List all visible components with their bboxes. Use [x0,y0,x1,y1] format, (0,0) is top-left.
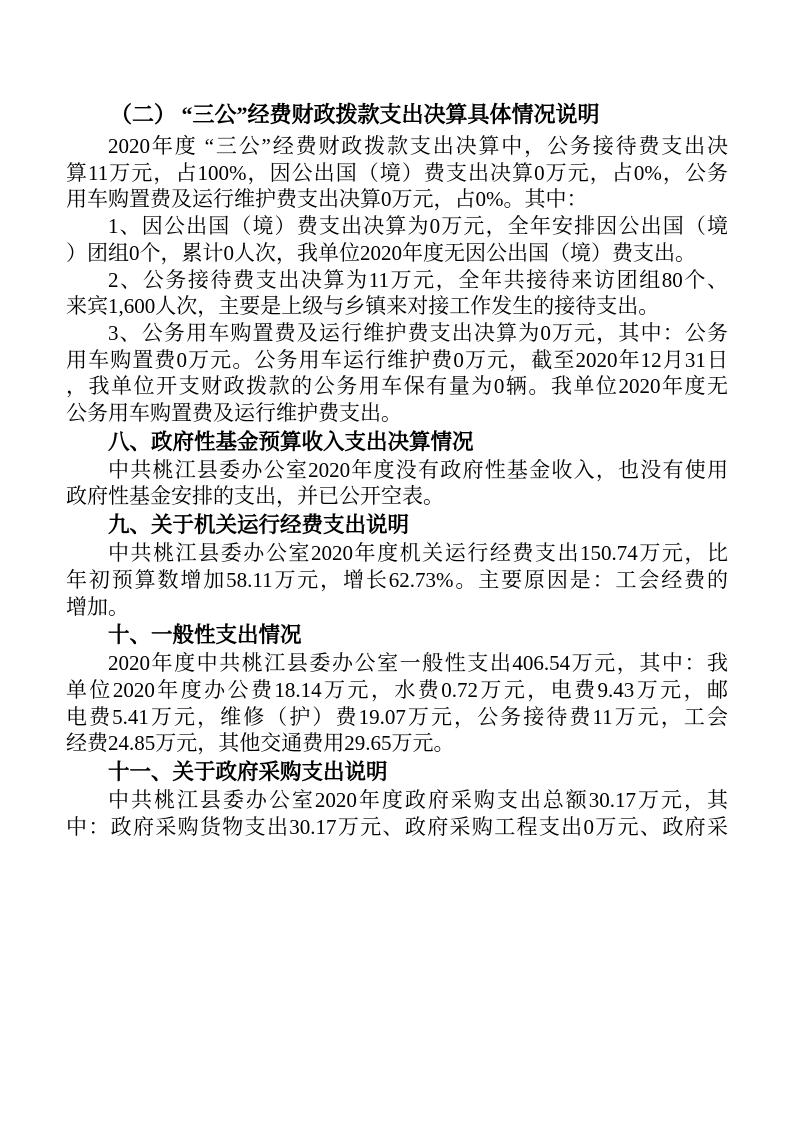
text-line: 中共桃江县委办公室2020年度政府采购支出总额30.17万元，其 [66,787,728,814]
text-line: ）团组0个，累计0人次，我单位2020年度无因公出国（境）费支出。 [66,240,728,267]
section-heading: 十、一般性支出情况 [66,620,728,650]
text-line: 年初预算数增加58.11万元，增长62.73%。主要原因是：工会经费的 [66,567,728,594]
text-line: 公务用车购置费及运行维护费支出。 [66,400,728,427]
text-line: 1、因公出国（境）费支出决算为0万元，全年安排因公出国（境 [66,213,728,240]
text-line: 算11万元，占100%，因公出国（境）费支出决算0万元，占0%，公务 [66,160,728,187]
document-page: （二） “三公”经费财政拨款支出决算具体情况说明2020年度 “三公”经费财政拨… [0,0,793,1122]
text-line: 电费5.41万元，维修（护）费19.07万元，公务接待费11万元，工会 [66,704,728,731]
text-line: 中共桃江县委办公室2020年度没有政府性基金收入，也没有使用 [66,457,728,484]
text-line: 政府性基金安排的支出，并已公开空表。 [66,483,728,510]
document-content: （二） “三公”经费财政拨款支出决算具体情况说明2020年度 “三公”经费财政拨… [66,97,728,840]
section-heading: 九、关于机关运行经费支出说明 [66,510,728,540]
text-line: 2020年度 “三公”经费财政拨款支出决算中，公务接待费支出决 [66,133,728,160]
text-line: 中：政府采购货物支出30.17万元、政府采购工程支出0万元、政府采 [66,814,728,841]
section-heading: 十一、关于政府采购支出说明 [66,757,728,787]
text-line: 经费24.85万元，其他交通费用29.65万元。 [66,730,728,757]
text-line: 用车购置费0万元。公务用车运行维护费0万元，截至2020年12月31日 [66,347,728,374]
text-line: 2020年度中共桃江县委办公室一般性支出406.54万元，其中：我 [66,650,728,677]
section-heading: 八、政府性基金预算收入支出决算情况 [66,427,728,457]
text-line: ，我单位开支财政拨款的公务用车保有量为0辆。我单位2020年度无 [66,373,728,400]
text-line: 增加。 [66,594,728,621]
text-line: 中共桃江县委办公室2020年度机关运行经费支出150.74万元，比 [66,540,728,567]
text-line: 3、公务用车购置费及运行维护费支出决算为0万元，其中：公务 [66,320,728,347]
text-line: 来宾1,600人次，主要是上级与乡镇来对接工作发生的接待支出。 [66,293,728,320]
document-title: （二） “三公”经费财政拨款支出决算具体情况说明 [66,97,728,133]
text-line: 单位2020年度办公费18.14万元，水费0.72万元，电费9.43万元，邮 [66,677,728,704]
text-line: 用车购置费及运行维护费支出决算0万元，占0%。其中： [66,186,728,213]
text-line: 2、公务接待费支出决算为11万元，全年共接待来访团组80个、 [66,267,728,294]
